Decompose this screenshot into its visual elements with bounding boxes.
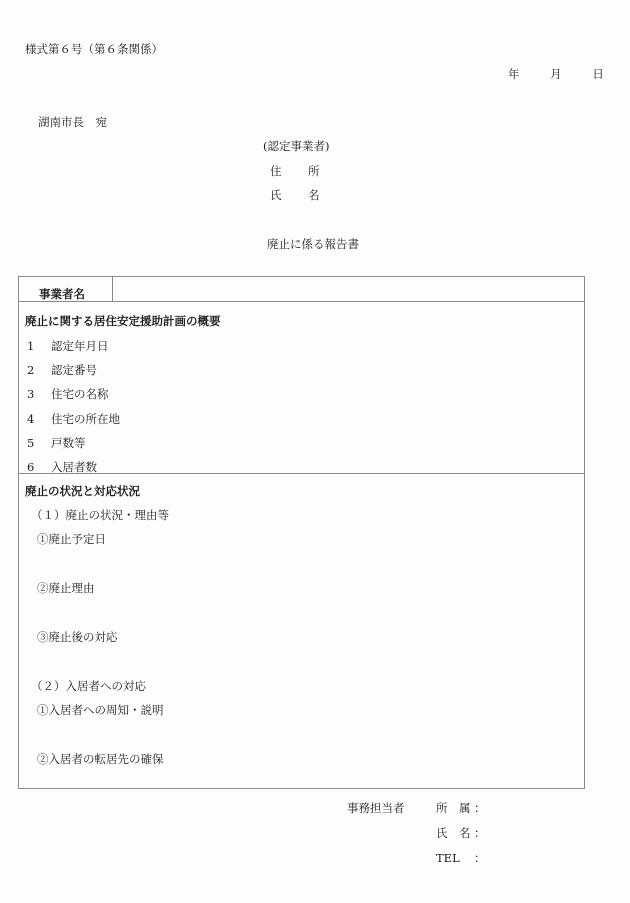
plan-item-number: 1 [27,339,51,353]
applicant-name-label: 氏名 [270,187,320,203]
sub2-item-notification: ①入居者への周知・説明 [37,702,164,718]
sub1-item-after-response: ③廃止後の対応 [37,629,118,645]
plan-item-housing-name: 3住宅の名称 [27,386,109,402]
form-number: 様式第６号（第６条関係） [25,41,163,57]
contact-affiliation-label: 所 属 [436,800,474,816]
contact-affiliation: 所 属： [436,800,486,816]
contact-colon: ： [474,826,486,840]
plan-item-number: 2 [27,363,51,377]
status-heading: 廃止の状況と対応状況 [25,483,140,499]
contact-tel-label: TEL [436,851,474,865]
report-table: 事業者名 廃止に関する居住安定援助計画の概要 1認定年月日 2認定番号 3住宅の… [18,276,585,789]
discontinuation-status-section: 廃止の状況と対応状況 （１）廃止の状況・理由等 ①廃止予定日 ②廃止理由 ③廃止… [19,474,584,788]
applicant-address-label: 住所 [270,163,320,179]
plan-item-approval-date: 1認定年月日 [27,338,109,354]
plan-item-label: 戸数等 [51,436,86,450]
contact-name-label: 氏 名 [436,825,474,841]
sub1-heading: （１）廃止の状況・理由等 [31,507,169,523]
business-name-row: 事業者名 [19,277,584,302]
plan-item-number: 6 [27,460,51,474]
document-title: 廃止に係る報告書 [267,236,359,252]
sub1-item-scheduled-date: ①廃止予定日 [37,531,106,547]
address-label-part1: 住 [270,163,308,179]
sub2-item-relocation: ②入居者の転居先の確保 [37,751,164,767]
applicant-heading: (認定事業者) [263,138,329,154]
plan-item-unit-count: 5戸数等 [27,435,86,451]
business-name-label-cell: 事業者名 [19,277,113,301]
contact-colon: ： [474,851,486,865]
plan-item-number: 5 [27,436,51,450]
plan-item-number: 4 [27,412,51,426]
plan-item-number: 3 [27,387,51,401]
address-label-part2: 所 [308,164,320,178]
plan-item-resident-count: 6入居者数 [27,459,97,475]
plan-item-label: 住宅の所在地 [51,412,120,426]
contact-person-label: 事務担当者 [347,800,405,816]
sub1-item-reason: ②廃止理由 [37,580,95,596]
plan-item-label: 入居者数 [51,460,97,474]
name-label-part2: 名 [308,188,320,202]
plan-overview-heading: 廃止に関する居住安定援助計画の概要 [25,313,221,329]
date-line: 年 月 日 [508,66,604,82]
plan-item-label: 住宅の名称 [51,387,109,401]
business-name-field[interactable] [114,277,584,301]
contact-name: 氏 名： [436,825,486,841]
addressee: 湖南市長 宛 [38,114,107,130]
contact-tel: TEL： [436,850,486,866]
plan-overview-section: 廃止に関する居住安定援助計画の概要 1認定年月日 2認定番号 3住宅の名称 4住… [19,302,584,474]
date-day-label: 日 [592,66,604,82]
plan-item-label: 認定年月日 [51,339,109,353]
business-name-label: 事業者名 [39,286,85,302]
plan-item-label: 認定番号 [51,363,97,377]
plan-item-housing-location: 4住宅の所在地 [27,411,120,427]
date-year-label: 年 [508,66,520,82]
name-label-part1: 氏 [270,187,308,203]
contact-colon: ： [474,801,486,815]
plan-item-approval-number: 2認定番号 [27,362,97,378]
sub2-heading: （２）入居者への対応 [31,678,146,694]
date-month-label: 月 [550,66,562,82]
